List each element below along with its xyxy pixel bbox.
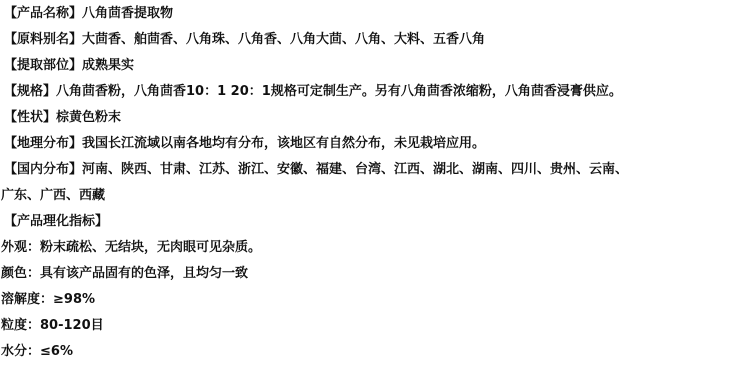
- specification-value: 八角茴香粉，八角茴香10：1 20：1规格可定制生产。另有八角茴香浓缩粉，八角茴…: [56, 84, 622, 99]
- spec-label: 溶解度：: [1, 292, 53, 307]
- alias-value: 大茴香、舶茴香、八角珠、八角香、八角大茴、八角、大料、五香八角: [82, 32, 485, 47]
- domestic-distribution-value-2: 广东、广西、西藏: [1, 188, 105, 203]
- product-name-label: 【产品名称】: [4, 6, 82, 21]
- geo-distribution-label: 【地理分布】: [4, 136, 82, 151]
- specs-heading: 【产品理化指标】: [4, 214, 108, 230]
- alias-row: 【原料别名】大茴香、舶茴香、八角珠、八角香、八角大茴、八角、大料、五香八角: [4, 32, 485, 48]
- product-name-value: 八角茴香提取物: [82, 6, 173, 21]
- domestic-distribution-value: 河南、陕西、甘肃、江苏、浙江、安徽、福建、台湾、江西、湖北、湖南、四川、贵州、云…: [82, 162, 628, 177]
- domestic-distribution-continued: 广东、广西、西藏: [1, 188, 105, 204]
- appearance-row: 【性状】棕黄色粉末: [4, 110, 121, 126]
- extraction-part-row: 【提取部位】成熟果实: [4, 58, 134, 74]
- spec-label: 外观：: [1, 240, 40, 255]
- spec-item-moisture: 水分：≤6%: [1, 344, 73, 360]
- geo-distribution-row: 【地理分布】我国长江流域以南各地均有分布，该地区有自然分布，未见栽培应用。: [4, 136, 485, 152]
- spec-item-solubility: 溶解度：≥98%: [1, 292, 95, 308]
- domestic-distribution-label: 【国内分布】: [4, 162, 82, 177]
- domestic-distribution-row: 【国内分布】河南、陕西、甘肃、江苏、浙江、安徽、福建、台湾、江西、湖北、湖南、四…: [4, 162, 628, 178]
- spec-value: ≤6%: [40, 344, 73, 359]
- spec-label: 水分：: [1, 344, 40, 359]
- alias-label: 【原料别名】: [4, 32, 82, 47]
- specification-row: 【规格】八角茴香粉，八角茴香10：1 20：1规格可定制生产。另有八角茴香浓缩粉…: [4, 84, 622, 100]
- spec-value: 粉末疏松、无结块，无肉眼可见杂质。: [40, 240, 261, 255]
- spec-label: 粒度：: [1, 318, 40, 333]
- spec-item-appearance: 外观：粉末疏松、无结块，无肉眼可见杂质。: [1, 240, 261, 256]
- spec-label: 颜色：: [1, 266, 40, 281]
- extraction-part-value: 成熟果实: [82, 58, 134, 73]
- spec-value: 80-120目: [40, 318, 104, 333]
- specification-label: 【规格】: [4, 84, 56, 99]
- spec-value: ≥98%: [53, 292, 95, 307]
- extraction-part-label: 【提取部位】: [4, 58, 82, 73]
- appearance-value: 棕黄色粉末: [56, 110, 121, 125]
- spec-item-particle-size: 粒度：80-120目: [1, 318, 104, 334]
- geo-distribution-value: 我国长江流域以南各地均有分布，该地区有自然分布，未见栽培应用。: [82, 136, 485, 151]
- product-name-row: 【产品名称】八角茴香提取物: [4, 6, 173, 22]
- appearance-label: 【性状】: [4, 110, 56, 125]
- spec-value: 具有该产品固有的色泽，且均匀一致: [40, 266, 248, 281]
- spec-item-color: 颜色：具有该产品固有的色泽，且均匀一致: [1, 266, 248, 282]
